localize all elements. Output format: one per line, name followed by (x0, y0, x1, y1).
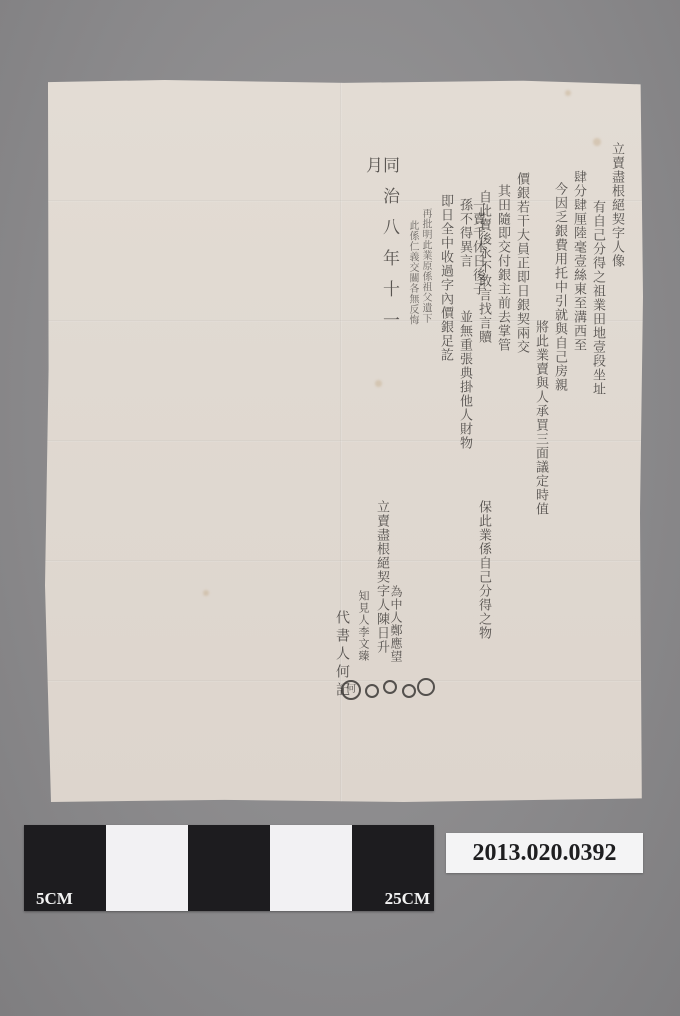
deed-text-column: 今因乏銀費用托中引就與自己房親 (553, 182, 566, 792)
scribe-seal: 何 (341, 680, 361, 700)
seal-mark (383, 680, 397, 694)
deed-text-column: 保此業係自己分得之物 (477, 500, 490, 790)
scale-segment-black: 25CM (352, 825, 434, 911)
deed-text-column: 將此業賣與人承買三面議定時值 (534, 320, 547, 790)
scale-segment-white (106, 825, 188, 911)
deed-text-column: 其田隨即交付銀主前去掌管 (496, 184, 509, 784)
seal-mark (417, 678, 435, 696)
seller-signature: 立賣盡根絕契字人陳日升 (375, 500, 388, 700)
deed-document: 立賣盡根絕契字人像 有自己分得之祖業田地壹段坐址 肆分肆厘陸毫壹絲東至溝西至 今… (45, 80, 643, 802)
deed-annotation-column: 再批明此業原係祖父遺下 (420, 208, 430, 458)
paper-stain (203, 590, 209, 596)
deed-text-column: 並無重張典掛他人財物 (458, 310, 471, 710)
deed-text-column: 一賣千休日後子孫不得異言 (458, 198, 484, 308)
scale-segment-black (188, 825, 270, 911)
accession-number-label: 2013.020.0392 (446, 833, 643, 873)
deed-text-column: 有自己分得之祖業田地壹段坐址 (591, 200, 604, 470)
paper-stain (565, 90, 571, 96)
seal-mark (402, 684, 416, 698)
seal-mark (365, 684, 379, 698)
scale-label-left: 5CM (36, 889, 73, 909)
paper-stain (593, 138, 601, 146)
photo-stage: 立賣盡根絕契字人像 有自己分得之祖業田地壹段坐址 肆分肆厘陸毫壹絲東至溝西至 今… (0, 0, 680, 1016)
paper-stain (375, 380, 382, 387)
deed-date: 同治八年十一月 (363, 156, 397, 356)
witness-signature: 知見人李文臻 (358, 590, 369, 700)
deed-text-column: 肆分肆厘陸毫壹絲東至溝西至 (572, 170, 585, 790)
scale-segment-white (270, 825, 352, 911)
deed-annotation-column: 此係仁義交關各無反悔 (407, 220, 417, 460)
scale-bar: 5CM 25CM (24, 825, 434, 911)
deed-text-column: 立賣盡根絕契字人像 (610, 142, 623, 802)
deed-text-column: 即日全中收過字內價銀足訖 (439, 194, 452, 494)
scale-label-right: 25CM (385, 889, 430, 909)
deed-text-column: 價銀若干大員正即日銀契兩交 (515, 172, 528, 792)
scale-segment-black: 5CM (24, 825, 106, 911)
